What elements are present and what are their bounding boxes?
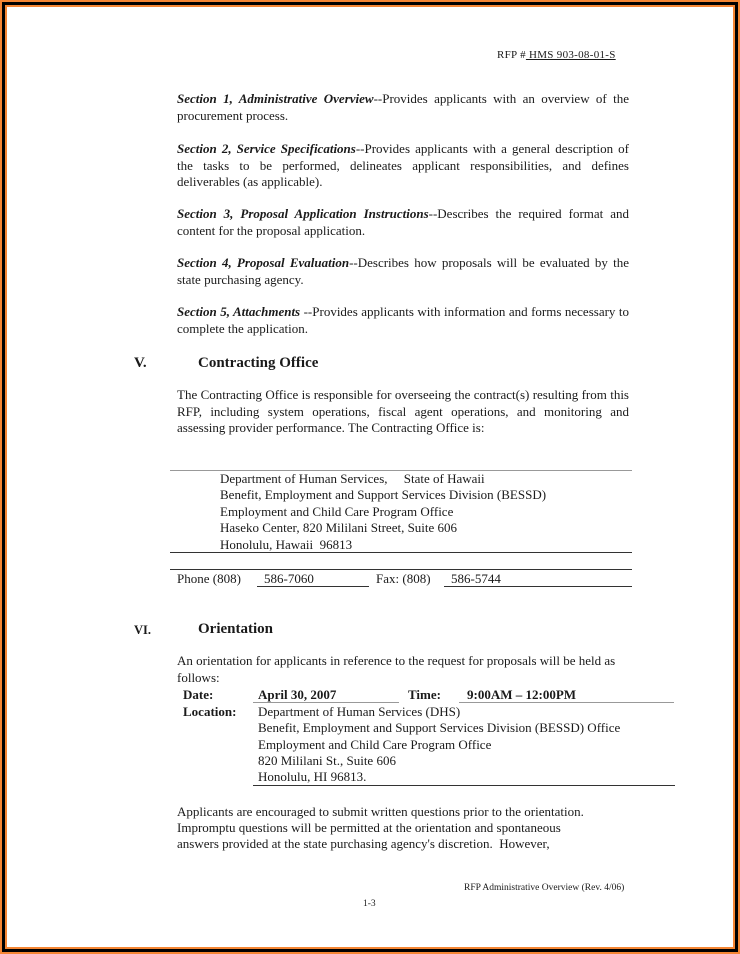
time-value: 9:00AM – 12:00PM bbox=[467, 687, 576, 703]
section-vi-title: Orientation bbox=[198, 621, 273, 638]
section-vi-number: VI. bbox=[134, 623, 151, 638]
date-value: April 30, 2007 bbox=[258, 687, 336, 703]
section-v-title: Contracting Office bbox=[198, 355, 318, 372]
section-title: Section 5, Attachments bbox=[177, 304, 300, 319]
phone-value: 586-7060 bbox=[264, 571, 314, 587]
time-label: Time: bbox=[408, 687, 441, 703]
location-line: Benefit, Employment and Support Services… bbox=[258, 720, 620, 736]
address-line: Department of Human Services, State of H… bbox=[220, 471, 485, 488]
rfp-number-header: RFP # HMS 903-08-01-S bbox=[497, 49, 616, 61]
section-title: Section 2, Service Specifications bbox=[177, 141, 356, 156]
date-label: Date: bbox=[183, 687, 213, 703]
phone-underline bbox=[257, 586, 369, 587]
fax-value: 586-5744 bbox=[451, 571, 501, 587]
location-line: 820 Mililani St., Suite 606 bbox=[258, 753, 396, 769]
section-4-description: Section 4, Proposal Evaluation--Describe… bbox=[177, 255, 629, 288]
contracting-office-body: The Contracting Office is responsible fo… bbox=[177, 387, 629, 437]
fax-label: Fax: (808) bbox=[376, 571, 431, 587]
footer-doc-title: RFP Administrative Overview (Rev. 4/06) bbox=[464, 883, 624, 893]
location-line: Department of Human Services (DHS) bbox=[258, 704, 460, 720]
orientation-intro: An orientation for applicants in referen… bbox=[177, 653, 627, 686]
date-underline bbox=[253, 702, 399, 703]
address-line: Benefit, Employment and Support Services… bbox=[220, 487, 546, 504]
address-line: Employment and Child Care Program Office bbox=[220, 504, 453, 521]
closing-line: Applicants are encouraged to submit writ… bbox=[177, 804, 584, 820]
closing-line: answers provided at the state purchasing… bbox=[177, 836, 550, 852]
section-3-description: Section 3, Proposal Application Instruct… bbox=[177, 206, 629, 239]
section-title: Section 3, Proposal Application Instruct… bbox=[177, 206, 429, 221]
address-line: Haseko Center, 820 Mililani Street, Suit… bbox=[220, 520, 457, 537]
document-page: RFP # HMS 903-08-01-S Section 1, Adminis… bbox=[7, 7, 733, 947]
phone-label: Phone (808) bbox=[177, 571, 241, 587]
time-underline bbox=[459, 702, 674, 703]
address-bottom-rule bbox=[170, 552, 632, 553]
section-v-number: V. bbox=[134, 355, 147, 372]
location-line: Employment and Child Care Program Office bbox=[258, 737, 491, 753]
page-number: 1-3 bbox=[363, 899, 376, 909]
rfp-label: RFP # bbox=[497, 49, 526, 61]
location-label: Location: bbox=[183, 704, 236, 720]
section-5-description: Section 5, Attachments --Provides applic… bbox=[177, 304, 629, 337]
section-2-description: Section 2, Service Specifications--Provi… bbox=[177, 141, 629, 191]
location-line: Honolulu, HI 96813. bbox=[258, 769, 366, 785]
rfp-number: HMS 903-08-01-S bbox=[526, 49, 616, 61]
section-title: Section 4, Proposal Evaluation bbox=[177, 255, 349, 270]
fax-underline bbox=[444, 586, 632, 587]
phone-top-rule bbox=[170, 569, 632, 570]
section-title: Section 1, Administrative Overview bbox=[177, 91, 374, 106]
location-underline bbox=[253, 785, 675, 786]
section-1-description: Section 1, Administrative Overview--Prov… bbox=[177, 91, 629, 124]
closing-line: Impromptu questions will be permitted at… bbox=[177, 820, 561, 836]
